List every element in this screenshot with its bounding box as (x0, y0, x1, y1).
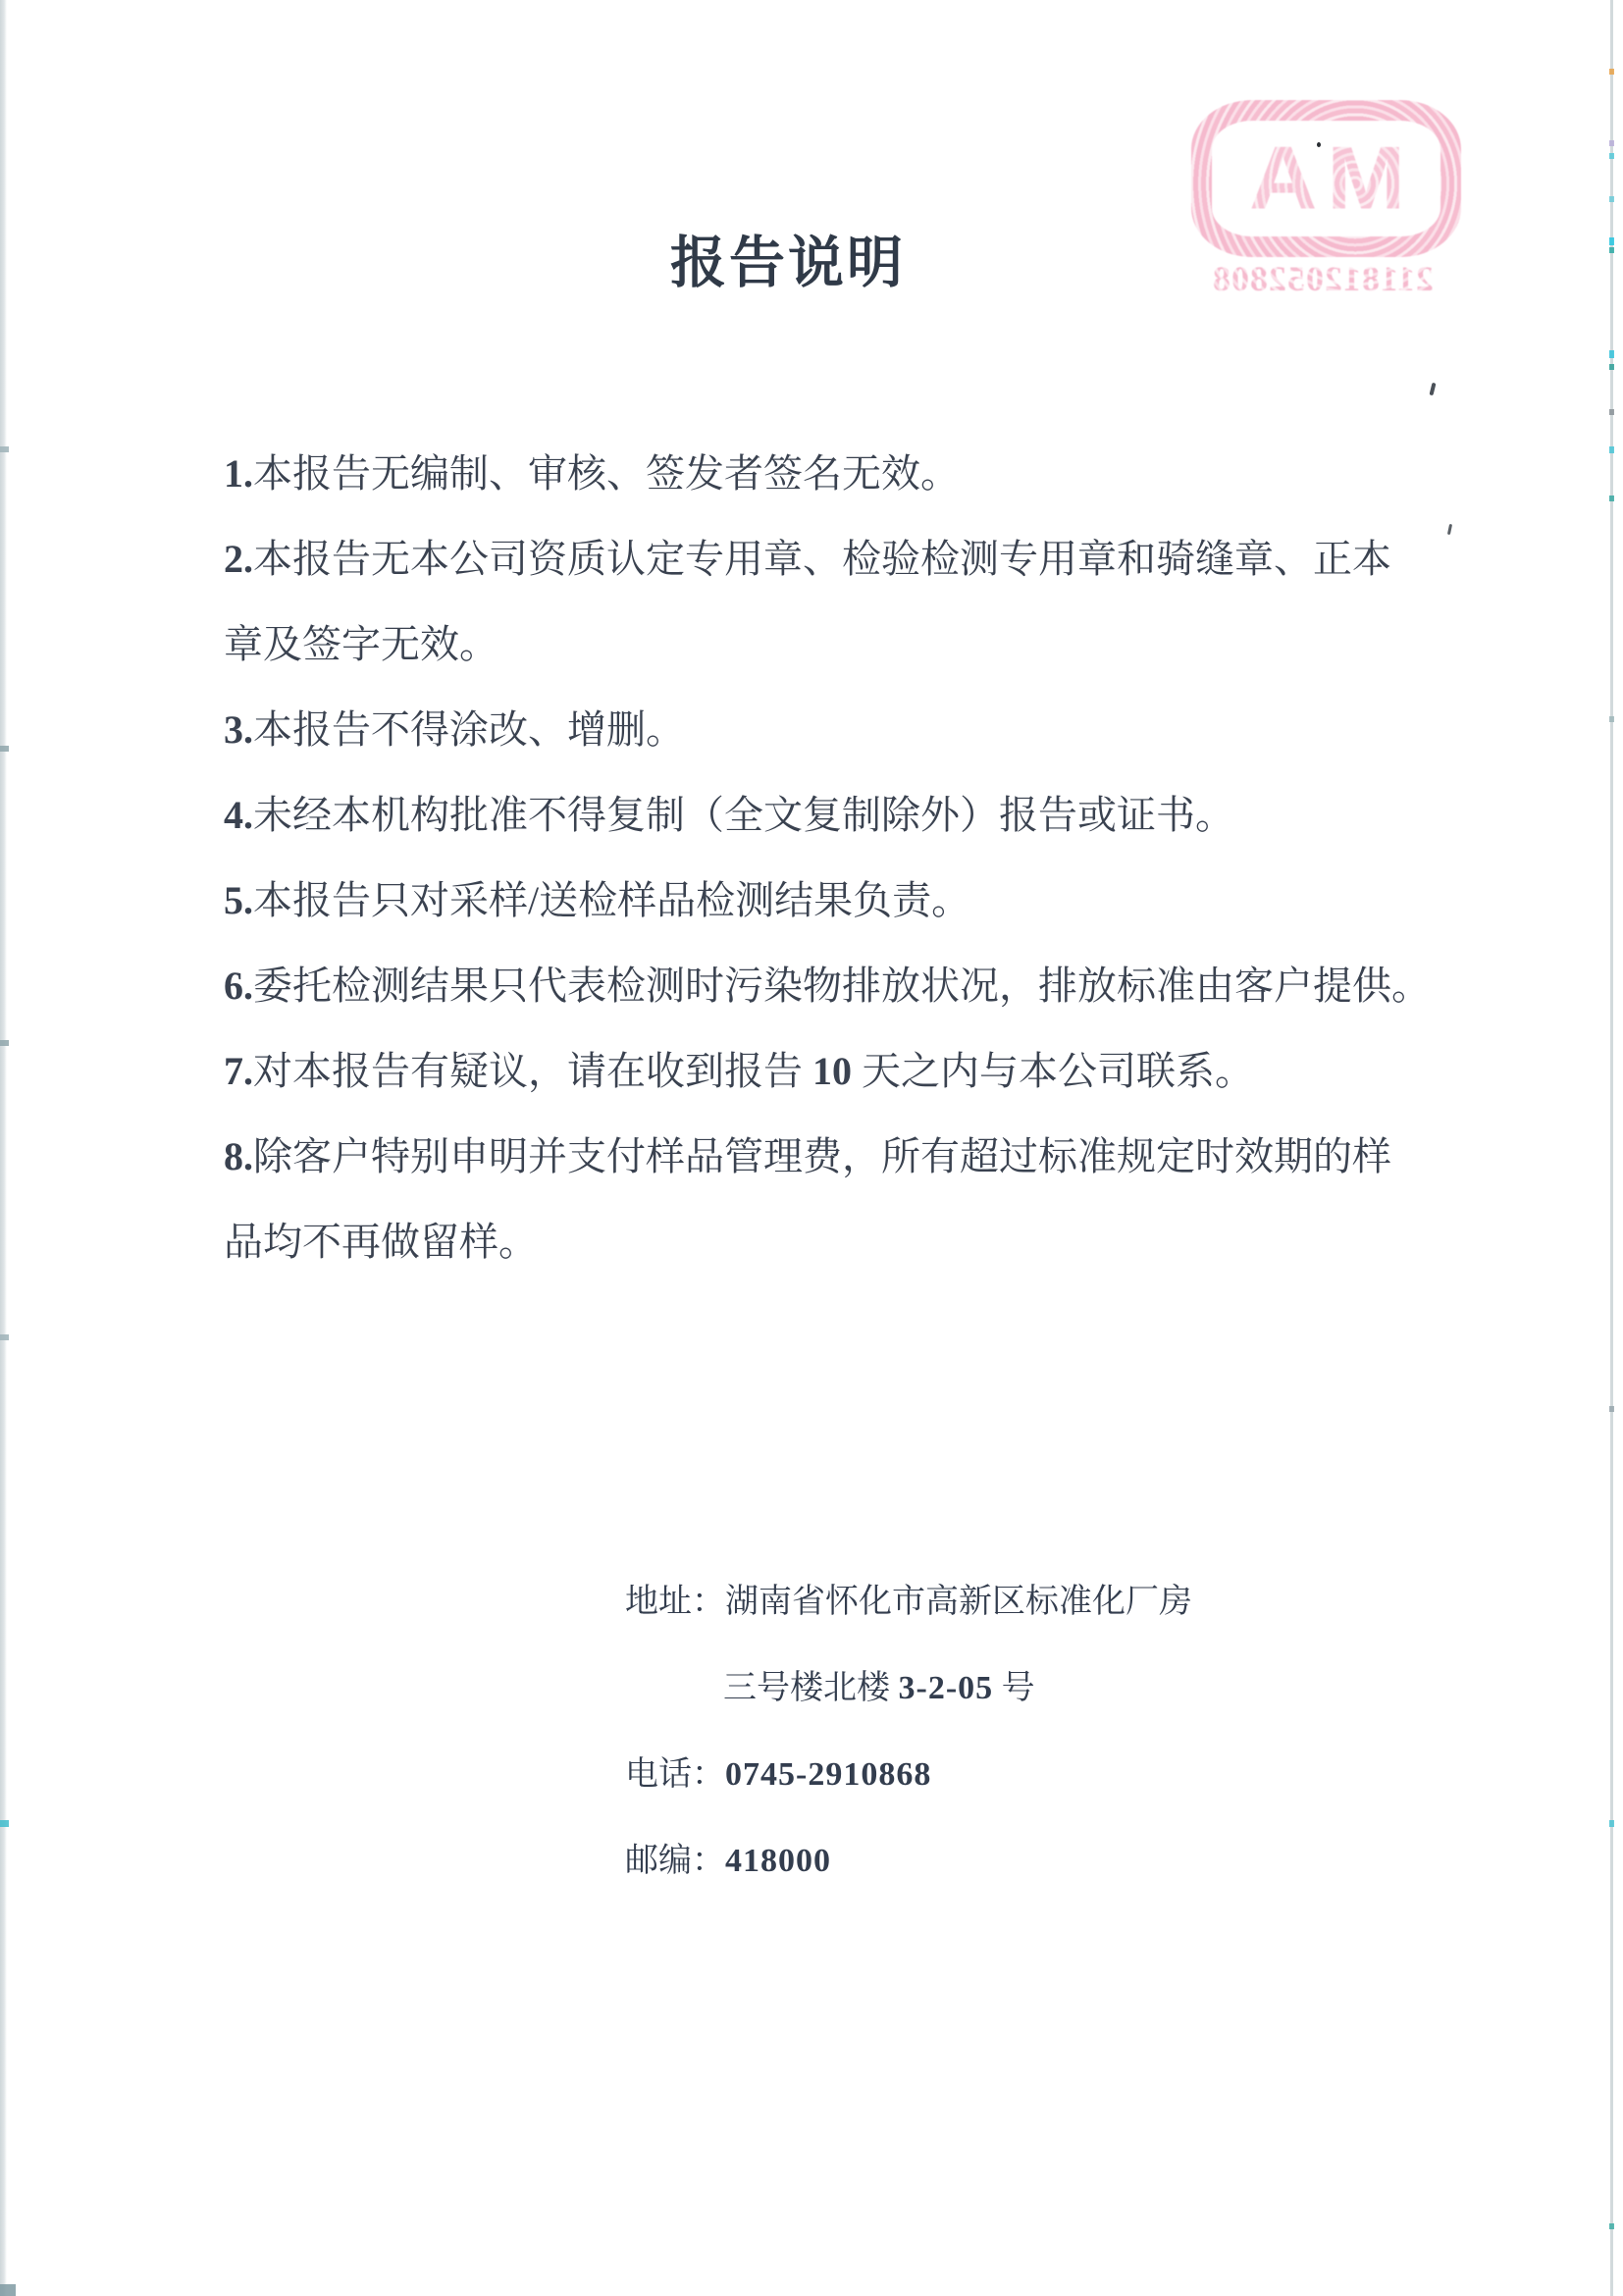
note-number: 4. (224, 793, 253, 837)
postal-label: 邮编： (625, 1843, 725, 1879)
address-line2-suffix: 号 (993, 1670, 1035, 1706)
scan-tick (1609, 1820, 1614, 1827)
scan-tick (1609, 69, 1614, 75)
cma-stamp: MA 211812052808 (1182, 100, 1461, 296)
note-text: 本报告无本公司资质认定专用章、检验检测专用章和骑缝章、正本 (253, 537, 1391, 581)
scan-tick (0, 446, 9, 452)
note-text: 本报告不得涂改、增删。 (253, 707, 685, 752)
note-text: 品均不再做留样。 (224, 1220, 538, 1264)
scan-edge-left (0, 0, 7, 2296)
address-label: 地址： (625, 1584, 725, 1620)
scan-tick (1609, 1406, 1614, 1412)
cma-stamp-letters: MA (1239, 133, 1405, 223)
note-line-7: 7.对本报告有疑议，请在收到报告 10 天之内与本公司联系。 (224, 1028, 1480, 1114)
address-line-1: 地址：湖南省怀化市高新区标准化厂房 (625, 1559, 1192, 1645)
address-value: 湖南省怀化市高新区标准化厂房 (725, 1584, 1192, 1620)
scan-tick (1609, 140, 1614, 146)
note-text: 委托检测结果只代表检测时污染物排放状况，排放标准由客户提供。 (253, 964, 1431, 1008)
notes-list: 1.本报告无编制、审核、签发者签名无效。 2.本报告无本公司资质认定专用章、检验… (224, 431, 1480, 1284)
cma-stamp-border: MA (1191, 100, 1461, 257)
note-number: 3. (224, 707, 253, 752)
note-line-8b: 品均不再做留样。 (224, 1199, 1480, 1284)
scan-tick (1609, 496, 1614, 501)
scan-tick (1609, 716, 1614, 722)
postal-value: 418000 (725, 1843, 831, 1879)
note-text: 本报告无编制、审核、签发者签名无效。 (253, 451, 960, 496)
scan-tick (1609, 2223, 1614, 2229)
report-notes-page: MA 211812052808 报告说明 1.本报告无编制、审核、签发者签名无效… (0, 0, 1623, 2296)
note-line-2: 2.本报告无本公司资质认定专用章、检验检测专用章和骑缝章、正本 (224, 516, 1480, 601)
note-line-4: 4.未经本机构批准不得复制（全文复制除外）报告或证书。 (224, 772, 1480, 858)
note-text: 本报告只对采样/送检样品检测结果负责。 (253, 878, 970, 922)
phone-label: 电话： (625, 1756, 725, 1793)
scan-tick (1609, 153, 1614, 159)
note-number: 7. (224, 1049, 253, 1093)
scan-tick (0, 1040, 9, 1046)
scan-tick (0, 2284, 16, 2296)
cma-stamp-mirrored-content: MA 211812052808 (1182, 100, 1461, 299)
phone-value: 0745-2910868 (725, 1756, 931, 1793)
address-line-2: 三号楼北楼 3-2-05 号 (723, 1645, 1192, 1732)
note-number: 6. (224, 964, 253, 1008)
address-line2-text: 三号楼北楼 (723, 1670, 899, 1706)
note-line-2b: 章及签字无效。 (224, 601, 1480, 687)
ink-speck (1429, 383, 1436, 396)
page-title: 报告说明 (670, 232, 906, 296)
note-number: 8. (224, 1134, 253, 1178)
note-line-1: 1.本报告无编制、审核、签发者签名无效。 (224, 431, 1480, 516)
note-line-8: 8.除客户特别申明并支付样品管理费，所有超过标准规定时效期的样 (224, 1114, 1480, 1199)
note-number: 1. (224, 451, 253, 496)
contact-block: 地址：湖南省怀化市高新区标准化厂房 三号楼北楼 3-2-05 号 电话：0745… (625, 1559, 1192, 1905)
note-number: 2. (224, 537, 253, 581)
note-text: 对本报告有疑议，请在收到报告 (253, 1049, 812, 1093)
scan-tick (0, 746, 9, 752)
scan-tick (1609, 196, 1614, 202)
scan-tick (1609, 247, 1614, 253)
address-line2-number: 3-2-05 (899, 1670, 994, 1706)
note-text: 章及签字无效。 (224, 622, 498, 666)
note-line-6: 6.委托检测结果只代表检测时污染物排放状况，排放标准由客户提供。 (224, 943, 1480, 1028)
note-text: 未经本机构批准不得复制（全文复制除外）报告或证书。 (253, 793, 1234, 837)
postal-line: 邮编：418000 (625, 1818, 1192, 1905)
phone-line: 电话：0745-2910868 (625, 1732, 1192, 1818)
scan-tick (0, 1334, 9, 1340)
scan-tick (1609, 237, 1614, 245)
note-text: 除客户特别申明并支付样品管理费，所有超过标准规定时效期的样 (253, 1134, 1391, 1178)
note-line-3: 3.本报告不得涂改、增删。 (224, 687, 1480, 772)
scan-tick (0, 1820, 9, 1827)
note-number: 5. (224, 878, 253, 922)
scan-tick (1609, 364, 1614, 370)
scan-tick (1609, 350, 1614, 358)
cma-stamp-number: 211812052808 (1184, 258, 1461, 299)
note-line-5: 5.本报告只对采样/送检样品检测结果负责。 (224, 858, 1480, 943)
scan-tick (1609, 409, 1614, 415)
scan-edge-right (1610, 0, 1613, 2296)
scan-tick (1609, 446, 1614, 453)
